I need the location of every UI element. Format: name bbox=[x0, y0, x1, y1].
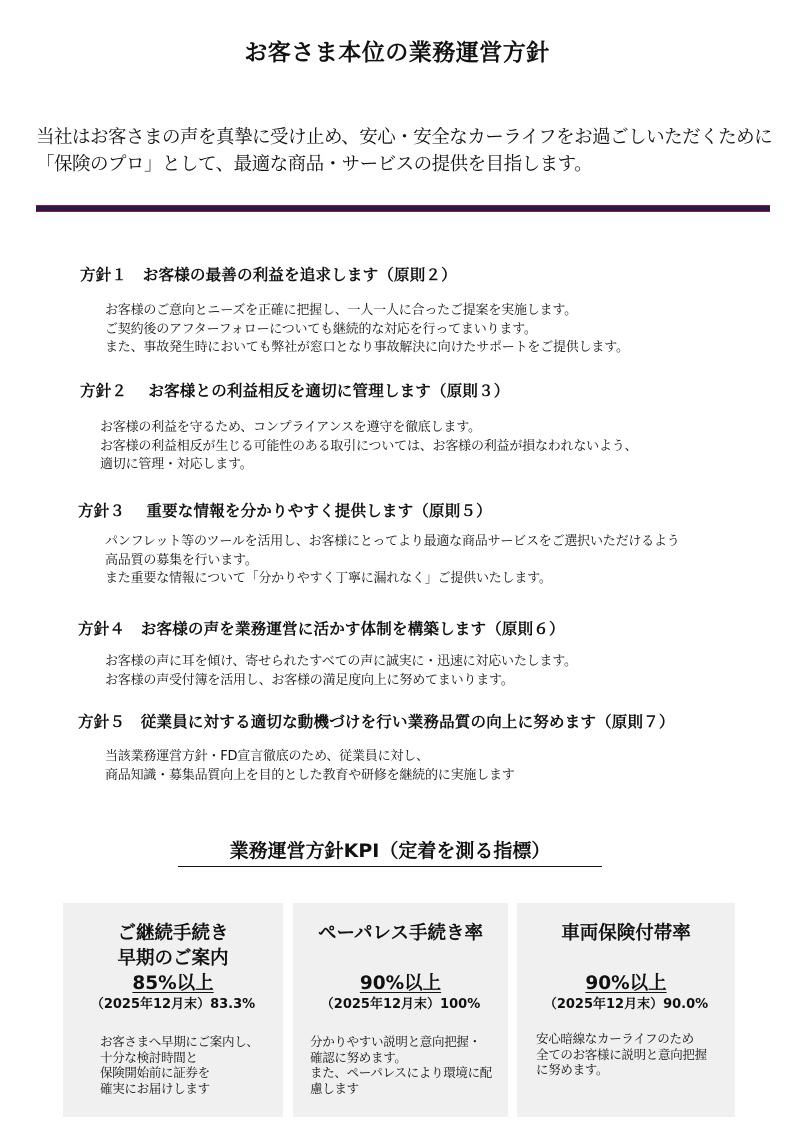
page-title: お客さま本位の業務運営方針 bbox=[0, 34, 794, 67]
policy-line: 高品質の募集を行います。 bbox=[105, 552, 680, 571]
kpi-desc-line: 分かりやすい説明と意向把握・ bbox=[310, 1034, 492, 1050]
kpi-name-line: ご継続手続き bbox=[63, 921, 283, 946]
kpi-card-paperless: ペーパレス手続き率 90%以上 （2025年12月末）100% 分かりやすい説明… bbox=[293, 903, 508, 1117]
kpi-desc-line: 確認に努めます。 bbox=[310, 1050, 492, 1066]
kpi-name-line: 車両保険付帯率 bbox=[517, 921, 735, 946]
kpi-card-vehicle-insurance: 車両保険付帯率 90%以上 （2025年12月末）90.0% 安心暗線なカーライ… bbox=[517, 903, 735, 1117]
policy-heading: 方針３ 重要な情報を分かりやすく提供します（原則５） bbox=[78, 499, 492, 521]
kpi-desc-line: 慮します bbox=[310, 1081, 492, 1097]
kpi-desc-line: 十分な検討時間と bbox=[100, 1050, 259, 1066]
intro-text: 当社はお客さまの声を真摯に受け止め、安心・安全なカーライフをお過ごしいただくため… bbox=[36, 124, 776, 178]
policy-body: パンフレット等のツールを活用し、お客様にとってより最適な商品サービスをご選択いた… bbox=[105, 533, 680, 589]
kpi-name: 車両保険付帯率 bbox=[517, 921, 735, 946]
section-divider bbox=[36, 205, 770, 212]
policy-body: お客様の声に耳を傾け、寄せられたすべての声に誠実に・迅速に対応いたします。 お客… bbox=[105, 653, 577, 690]
kpi-name: ペーパレス手続き率 bbox=[293, 921, 508, 946]
policy-line: お客様の利益を守るため、コンプライアンスを遵守を徹底します。 bbox=[100, 419, 637, 438]
policy-line: お客様の声に耳を傾け、寄せられたすべての声に誠実に・迅速に対応いたします。 bbox=[105, 653, 577, 672]
policy-heading: 方針５ 従業員に対する適切な動機づけを行い業務品質の向上に努めます（原則７） bbox=[78, 710, 675, 732]
kpi-description: 安心暗線なカーライフのため 全てのお客様に説明と意向把握 に努めます。 bbox=[536, 1031, 707, 1078]
kpi-desc-line: また、ペーパレスにより環境に配 bbox=[310, 1065, 492, 1081]
kpi-actual: （2025年12月末）83.3% bbox=[63, 997, 283, 1013]
kpi-target: 90%以上 bbox=[517, 973, 735, 995]
kpi-name-line: 早期のご案内 bbox=[63, 946, 283, 971]
policy-line: また重要な情報について「分かりやすく丁寧に漏れなく」ご提供いたします。 bbox=[105, 570, 680, 589]
policy-heading: 方針４ お客様の声を業務運営に活かす体制を構築します（原則６） bbox=[78, 617, 565, 639]
kpi-description: お客さまへ早期にご案内し、 十分な検討時間と 保険開始前に証券を 確実にお届けし… bbox=[100, 1034, 259, 1096]
policy-heading: 方針１ お客様の最善の利益を追求します（原則２） bbox=[80, 263, 457, 285]
kpi-description: 分かりやすい説明と意向把握・ 確認に努めます。 また、ペーパレスにより環境に配 … bbox=[310, 1034, 492, 1096]
kpi-target: 85%以上 bbox=[63, 973, 283, 995]
kpi-target-value: 90%以上 bbox=[360, 973, 441, 994]
policy-line: ご契約後のアフターフォローについても継続的な対応を行ってまいります。 bbox=[105, 321, 629, 340]
policy-line: お客様の利益相反が生じる可能性のある取引については、お客様の利益が損なわれないよ… bbox=[100, 438, 637, 457]
kpi-target-value: 85%以上 bbox=[132, 973, 213, 994]
kpi-desc-line: 安心暗線なカーライフのため bbox=[536, 1031, 707, 1047]
policy-line: 当該業務運営方針・FD宣言徹底のため、従業員に対し、 bbox=[105, 748, 515, 767]
kpi-actual: （2025年12月末）90.0% bbox=[517, 997, 735, 1013]
intro-line: 当社はお客さまの声を真摯に受け止め、安心・安全なカーライフをお過ごしいただくため… bbox=[36, 124, 776, 151]
policy-line: お客様の声受付簿を活用し、お客様の満足度向上に努めてまいります。 bbox=[105, 672, 577, 691]
policy-line: お客様のご意向とニーズを正確に把握し、一人一人に合ったご提案を実施します。 bbox=[105, 302, 629, 321]
kpi-desc-line: お客さまへ早期にご案内し、 bbox=[100, 1034, 259, 1050]
kpi-name: ご継続手続き 早期のご案内 bbox=[63, 921, 283, 971]
kpi-name-line: ペーパレス手続き率 bbox=[293, 921, 508, 946]
kpi-target-value: 90%以上 bbox=[585, 973, 666, 994]
policy-body: お客様の利益を守るため、コンプライアンスを遵守を徹底します。 お客様の利益相反が… bbox=[100, 419, 637, 475]
policy-body: お客様のご意向とニーズを正確に把握し、一人一人に合ったご提案を実施します。 ご契… bbox=[105, 302, 629, 358]
intro-line: 「保険のプロ」として、最適な商品・サービスの提供を目指します。 bbox=[36, 151, 776, 178]
kpi-section-title: 業務運営方針KPI（定着を測る指標） bbox=[178, 838, 602, 867]
kpi-desc-line: に努めます。 bbox=[536, 1062, 707, 1078]
policy-heading: 方針２ お客様との利益相反を適切に管理します（原則３） bbox=[80, 379, 510, 401]
kpi-actual: （2025年12月末）100% bbox=[293, 997, 508, 1013]
kpi-card-renewal: ご継続手続き 早期のご案内 85%以上 （2025年12月末）83.3% お客さ… bbox=[63, 903, 283, 1117]
kpi-desc-line: 保険開始前に証券を bbox=[100, 1065, 259, 1081]
kpi-desc-line: 確実にお届けします bbox=[100, 1081, 259, 1097]
policy-line: パンフレット等のツールを活用し、お客様にとってより最適な商品サービスをご選択いた… bbox=[105, 533, 680, 552]
policy-line: また、事故発生時においても弊社が窓口となり事故解決に向けたサポートをご提供します… bbox=[105, 339, 629, 358]
kpi-target: 90%以上 bbox=[293, 973, 508, 995]
policy-line: 適切に管理・対応します。 bbox=[100, 456, 637, 475]
policy-line: 商品知識・募集品質向上を目的とした教育や研修を継続的に実施します bbox=[105, 767, 515, 786]
kpi-desc-line: 全てのお客様に説明と意向把握 bbox=[536, 1047, 707, 1063]
policy-body: 当該業務運営方針・FD宣言徹底のため、従業員に対し、 商品知識・募集品質向上を目… bbox=[105, 748, 515, 785]
